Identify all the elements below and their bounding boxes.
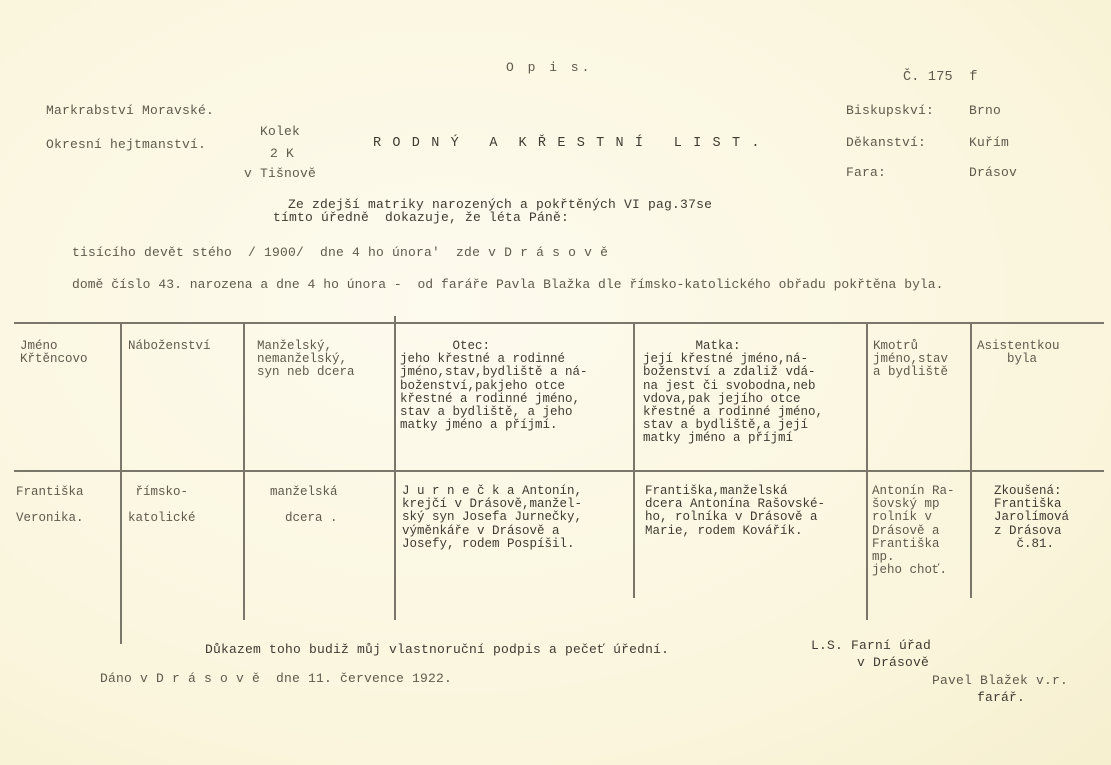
- cell-midwife: Zkoušená: Františka Jarolímová z Drásova…: [994, 485, 1069, 551]
- district-town: v Tišnově: [244, 166, 316, 181]
- given-date: Dáno v D r á s o v ě dne 11. července 19…: [100, 671, 452, 686]
- col-divider: [866, 322, 868, 620]
- col-divider: [394, 316, 396, 620]
- col-divider: [120, 322, 122, 644]
- header-child-name: Jméno Křtěncovo: [20, 340, 88, 366]
- seal-label: L.S. Farní úřad: [811, 638, 931, 653]
- cell-religion: římsko- katolické: [128, 486, 196, 526]
- district-office: Okresní hejtmanství.: [46, 137, 206, 152]
- document-number: Č. 175 f: [903, 70, 978, 85]
- col-divider: [243, 322, 245, 620]
- header-mother: Matka: její křestné jméno,ná- boženství …: [643, 340, 823, 446]
- cell-mother: Františka,manželská dcera Antonína Rašov…: [645, 485, 825, 538]
- cell-godparents: Antonín Ra- šovský mp rolník v Drásově a…: [872, 485, 955, 577]
- cell-father: J u r n e č k a Antonín, krejčí v Drásov…: [402, 485, 582, 551]
- header-father: Otec: jeho křestné a rodinné jméno,stav,…: [400, 340, 588, 432]
- parish-label: Fara:: [846, 165, 886, 180]
- cell-child-name: Františka Veronika.: [16, 486, 84, 526]
- bishopric-label: Biskupskví:: [846, 103, 934, 118]
- signature: Pavel Blažek v.r.: [932, 673, 1068, 688]
- header-legitimacy: Manželský, nemanželský, syn neb dcera: [257, 340, 355, 380]
- header-midwife: Asistentkou byla: [977, 340, 1060, 366]
- header-godparents: Kmotrů jméno,stav a bydliště: [873, 340, 948, 380]
- margraviate: Markrabství Moravské.: [46, 103, 214, 118]
- document-page: O p i s. Č. 175 f Markrabství Moravské. …: [0, 0, 1111, 765]
- deanery-value: Kuřím: [969, 135, 1009, 150]
- table-header-rule: [14, 470, 1104, 472]
- stamp-label: Kolek: [260, 124, 300, 139]
- intro-line-2: tímto úředně dokazuje, že léta Páně:: [273, 210, 569, 225]
- col-divider: [633, 322, 635, 598]
- deanery-label: Děkanství:: [846, 135, 926, 150]
- table-top-rule: [14, 322, 1104, 324]
- col-divider: [970, 322, 972, 598]
- cell-legitimacy: manželská dcera .: [270, 486, 338, 526]
- seal-place: v Drásově: [857, 655, 929, 670]
- attestation: Důkazem toho budiž můj vlastnoruční podp…: [205, 642, 669, 657]
- bishopric-value: Brno: [969, 103, 1001, 118]
- intro-line-4: domě číslo 43. narozena a dne 4 ho února…: [72, 277, 944, 292]
- header-religion: Náboženství: [128, 340, 211, 353]
- signer-role: farář.: [977, 690, 1025, 705]
- copy-label: O p i s.: [506, 60, 592, 75]
- intro-line-3: tisícího devět stého / 1900/ dne 4 ho ún…: [72, 245, 608, 260]
- stamp-value: 2 K: [270, 146, 294, 161]
- parish-value: Drásov: [969, 165, 1017, 180]
- document-title: R O D N Ý A K Ř E S T N Í L I S T .: [373, 136, 761, 151]
